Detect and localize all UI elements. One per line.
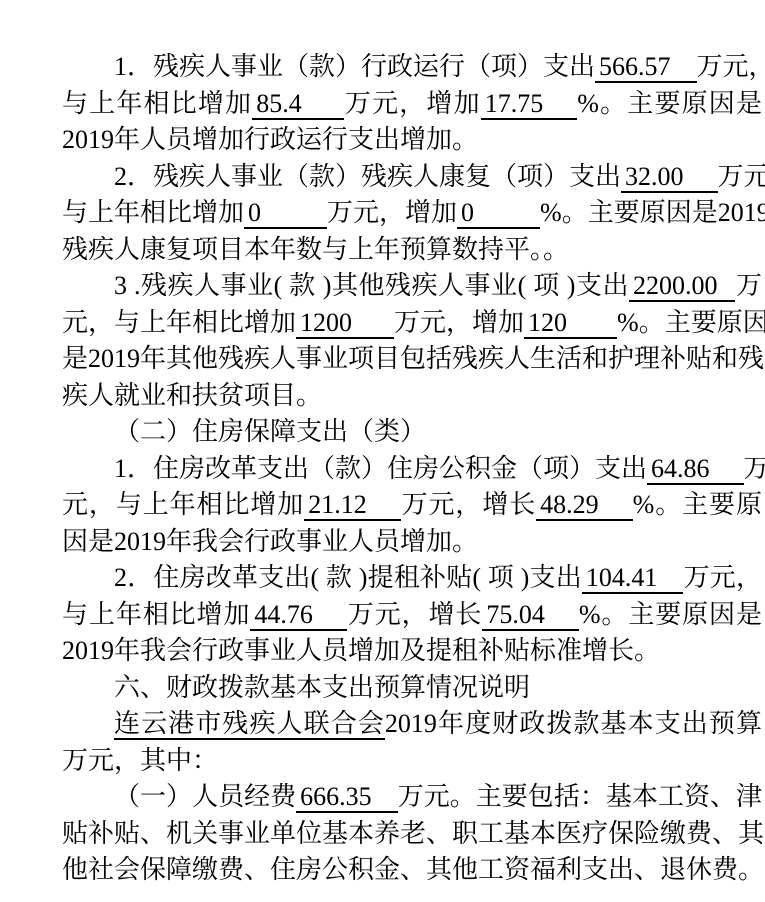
text-run: %。主要原因 (617, 308, 765, 337)
text-line: 1．残疾人事业（款）行政运行（项）支出566.57万元， (62, 49, 762, 86)
underlined-blank-value: 17.75 (481, 89, 578, 120)
text-run: %。主要原因是 (577, 89, 762, 118)
text-run: 与上年相比增加 (62, 600, 250, 629)
text-run: 万元， (697, 52, 765, 81)
text-run: 残疾人康复项目本年数与上年预算数持平。。 (62, 235, 569, 264)
text-line: 与上年相比增加85.4万元，增加17.75%。主要原因是 (62, 86, 762, 123)
text-run: 3 .残疾人事业( 款 )其他残疾人事业( 项 )支出 (114, 271, 629, 300)
text-run: %。主要原 (633, 490, 762, 519)
text-run: 因是2019年我会行政事业人员增加。 (62, 527, 478, 556)
text-line: 他社会保障缴费、住房公积金、其他工资福利支出、退休费。 (62, 852, 762, 889)
text-run: 元，与上年相比增加 (62, 308, 296, 337)
text-run: 2019年度财政拨款基本支出预算 (385, 709, 762, 738)
text-run: 万元，其中： (62, 746, 218, 775)
underlined-blank-value: 64.86 (647, 454, 744, 485)
text-run: 疾人就业和扶贫项目。 (62, 381, 322, 410)
text-run: 贴补贴、机关事业单位基本养老、职工基本医疗保险缴费、其 (62, 819, 764, 848)
text-run: 万元，增加 (344, 89, 481, 118)
text-line: 元，与上年相比增加21.12万元，增长48.29%。主要原 (62, 487, 762, 524)
text-line: 万元，其中： (62, 743, 762, 780)
text-run: 六、财政拨款基本支出预算情况说明 (114, 673, 530, 702)
underlined-blank-value: 0 (244, 198, 327, 229)
underlined-blank-value: 32.00 (621, 162, 718, 193)
underlined-blank-value: 21.12 (304, 490, 401, 521)
underlined-blank-value: 44.76 (250, 600, 347, 631)
text-line: 残疾人康复项目本年数与上年预算数持平。。 (62, 232, 762, 269)
text-line: 与上年相比增加0万元，增加0%。主要原因是2019年 (62, 195, 762, 232)
text-run: 万元，增长 (347, 600, 482, 629)
underlined-blank-value: 75.04 (482, 600, 579, 631)
text-run: 万元，增加 (394, 308, 524, 337)
text-run: 万元，增加 (327, 198, 457, 227)
text-run: 万 (744, 454, 765, 483)
text-run: %。主要原因是 (579, 600, 762, 629)
text-line: （二）住房保障支出（类） (62, 414, 762, 451)
underlined-org-name: 连云港市残疾人联合会 (114, 709, 385, 740)
underlined-blank-value: 1200 (296, 308, 394, 339)
text-line: 是2019年其他残疾人事业项目包括残疾人生活和护理补贴和残 (62, 341, 762, 378)
text-run: 与上年相比增加 (62, 89, 252, 118)
underlined-blank-value: 2200.00 (629, 271, 736, 302)
text-line: 与上年相比增加44.76万元，增长75.04%。主要原因是 (62, 597, 762, 634)
text-run: 2019年人员增加行政运行支出增加。 (62, 125, 478, 154)
text-run: 万元，增长 (401, 490, 536, 519)
text-line: 2．残疾人事业（款）残疾人康复（项）支出32.00万元， (62, 159, 762, 196)
underlined-blank-value: 104.41 (582, 563, 684, 594)
text-run: %。主要原因是2019年 (540, 198, 765, 227)
text-run: 元，与上年相比增加 (62, 490, 304, 519)
text-line: 3 .残疾人事业( 款 )其他残疾人事业( 项 )支出2200.00万 (62, 268, 762, 305)
text-line: 六、财政拨款基本支出预算情况说明 (62, 670, 762, 707)
underlined-blank-value: 48.29 (536, 490, 633, 521)
underlined-blank-value: 666.35 (296, 782, 398, 813)
underlined-blank-value: 566.57 (595, 52, 697, 83)
text-run: 2．住房改革支出( 款 )提租补贴( 项 )支出 (114, 563, 582, 592)
text-line: 因是2019年我会行政事业人员增加。 (62, 524, 762, 561)
text-run: 万元。主要包括：基本工资、津 (398, 782, 762, 811)
text-run: 1．残疾人事业（款）行政运行（项）支出 (114, 52, 595, 81)
text-run: 万 (735, 271, 762, 300)
text-run: 万元， (683, 563, 762, 592)
text-line: 2019年我会行政事业人员增加及提租补贴标准增长。 (62, 633, 762, 670)
underlined-blank-value: 0 (457, 198, 540, 229)
text-run: （一）人员经费 (114, 782, 296, 811)
document-page: 1．残疾人事业（款）行政运行（项）支出566.57万元，与上年相比增加85.4万… (0, 0, 765, 902)
text-line: 元，与上年相比增加1200万元，增加120%。主要原因 (62, 305, 762, 342)
text-run: 2019年我会行政事业人员增加及提租补贴标准增长。 (62, 636, 660, 665)
text-line: 疾人就业和扶贫项目。 (62, 378, 762, 415)
text-run: 1．住房改革支出（款）住房公积金（项）支出 (114, 454, 647, 483)
text-line: （一）人员经费666.35万元。主要包括：基本工资、津 (62, 779, 762, 816)
text-run: 是2019年其他残疾人事业项目包括残疾人生活和护理补贴和残 (62, 344, 764, 373)
text-run: 万元， (718, 162, 765, 191)
text-run: （二）住房保障支出（类） (114, 417, 426, 446)
text-line: 2．住房改革支出( 款 )提租补贴( 项 )支出104.41万元， (62, 560, 762, 597)
text-run: 2．残疾人事业（款）残疾人康复（项）支出 (114, 162, 621, 191)
text-run: 他社会保障缴费、住房公积金、其他工资福利支出、退休费。 (62, 855, 764, 884)
underlined-blank-value: 85.4 (252, 89, 344, 120)
text-line: 贴补贴、机关事业单位基本养老、职工基本医疗保险缴费、其 (62, 816, 762, 853)
text-line: 2019年人员增加行政运行支出增加。 (62, 122, 762, 159)
underlined-blank-value: 120 (524, 308, 617, 339)
text-line: 连云港市残疾人联合会2019年度财政拨款基本支出预算 (62, 706, 762, 743)
text-line: 1．住房改革支出（款）住房公积金（项）支出64.86万 (62, 451, 762, 488)
text-run: 与上年相比增加 (62, 198, 244, 227)
